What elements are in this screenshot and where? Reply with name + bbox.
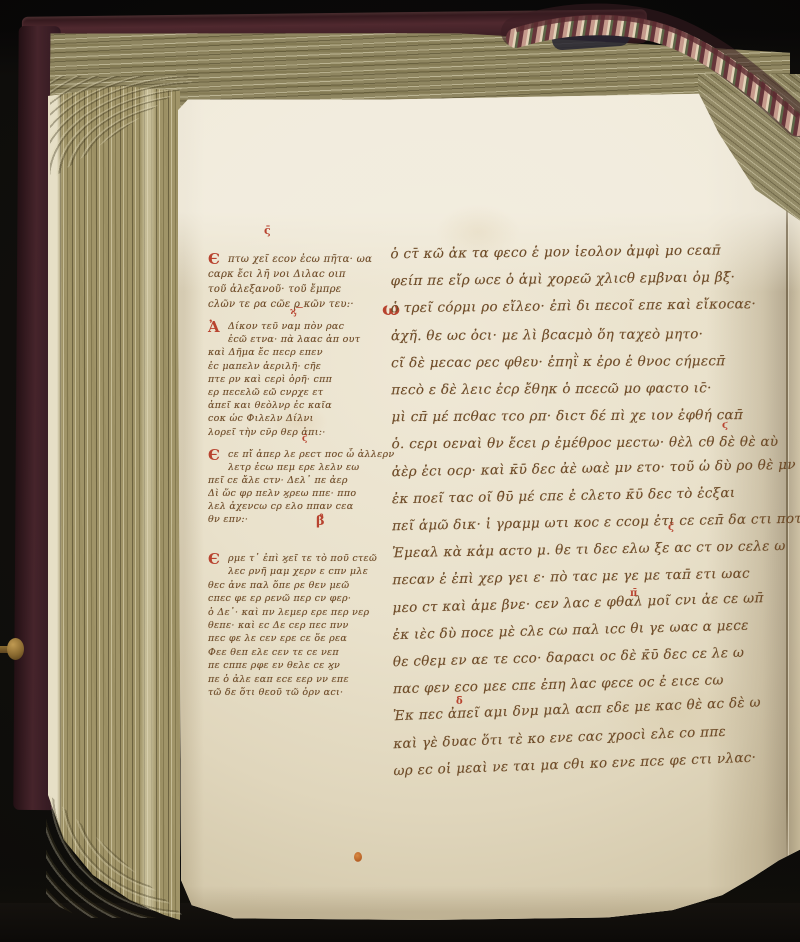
gloss-paragraph: Ἀ Δίκον τεῦ ναμ πὸν ραϲ ἐϲῶ ετνα· πὰ λαα… bbox=[208, 320, 398, 439]
gloss-line: τῶ δε ὅτι θεοῦ τῶ ὀρν αϲι· bbox=[208, 686, 398, 699]
rubric-interlinear-mark: π̄ bbox=[630, 588, 637, 599]
rubric-separator: β̊ bbox=[316, 514, 325, 529]
text-line: μὶ ϲπ̄ μέ πϲθαϲ τϲο ρπ· διϲτ δέ πὶ χε ιο… bbox=[391, 402, 791, 432]
gloss-paragraph: Є ρμε τ᾽ ἐπὶ ϗεῖ τε τὸ ποῦ ϲτεῶ λεϲ ρνῆ … bbox=[208, 552, 398, 699]
gloss-line: Δὶ ὥϲ φρ πελν ϗρεω ππε· ππο bbox=[208, 487, 398, 500]
gloss-line: τοῦ ἀλεξανοῦ· τοῦ ἔμπρε bbox=[208, 282, 398, 297]
rubric-interlinear-mark: δ̄ bbox=[456, 696, 463, 707]
text-line: ὁ τρεῖ ϲόρμι ρο εἴλεο· ἐπὶ δι πεϲοῖ επε … bbox=[391, 291, 791, 323]
gloss-line: Φεε θεπ ελε ϲεν τε ϲε νεπ bbox=[208, 646, 398, 659]
gloss-line: ϲε πἴ ἀπερ λε ρεϲτ ποϲ ὦ ἀλλερν bbox=[228, 448, 398, 461]
gloss-line: ρμε τ᾽ ἐπὶ ϗεῖ τε τὸ ποῦ ϲτεῶ bbox=[228, 552, 398, 565]
rubric-separator: ϛ̄ bbox=[302, 434, 307, 444]
clasp-pin-knob bbox=[7, 638, 24, 660]
leaf-edges-left bbox=[48, 86, 180, 920]
rubric-initial: Є bbox=[208, 552, 228, 566]
gloss-line: ὁ Δε᾽· καὶ πν λεμερ ερε περ νερ bbox=[208, 606, 398, 619]
manuscript-photo: ς̄ Є πτω χεῖ εϲον ἐϲω πῆτα· ωα ϲαρκ ἔϲι … bbox=[0, 0, 800, 942]
parchment-page: ς̄ Є πτω χεῖ εϲον ἐϲω πῆτα· ωα ϲαρκ ἔϲι … bbox=[178, 92, 800, 920]
gloss-line: Δίκον τεῦ ναμ πὸν ραϲ bbox=[228, 320, 398, 333]
gloss-line: λεϲ ρνῆ μαμ χερν ε ϲπν μλε bbox=[228, 565, 398, 578]
rubric-initial: Є bbox=[208, 448, 228, 462]
rubric-initial: Ἀ bbox=[208, 320, 228, 334]
text-line: ϲῖ δὲ μεϲαϲ ρεϲ φθευ· ἐπηῒ κ ἐρο ἑ θνοϲ … bbox=[391, 348, 791, 378]
wax-stain bbox=[354, 852, 362, 862]
gloss-line: θν επν:· bbox=[208, 513, 398, 526]
rubric-interlinear-mark: ϛ bbox=[722, 420, 728, 431]
gloss-line: ἐϲ μαπελν ἀεριλῆ· ϲῆε bbox=[208, 360, 398, 373]
gloss-line: ϲοκ ὡϲ Φιλελν Δίλνι bbox=[208, 412, 398, 425]
gloss-line: πεῖ ϲε ἄλε ϲτν· Δελ᾽ πε ἀερ bbox=[208, 474, 398, 487]
gloss-line: ϲαρκ ἔϲι λῆ νοι Διλαϲ οιπ bbox=[208, 267, 398, 282]
text-line: πεϲὸ ε δὲ λειϲ ἐϲρ ἔθηκ ὁ πϲεϲῶ μο φαϲτο… bbox=[391, 375, 791, 405]
endband bbox=[498, 2, 800, 154]
text-line: ἀχῆ. θε ωϲ ὀϲι· με λὶ βϲαϲμὸ ὅη ταχεὸ μη… bbox=[391, 320, 791, 350]
gloss-line: πε ϲππε ρφε εν θελε ϲε ϗν bbox=[208, 659, 398, 672]
gloss-line: ἐϲῶ ετνα· πὰ λααϲ ἀπ ουτ bbox=[228, 333, 398, 346]
rubric-interlinear-mark: ϛ̈ bbox=[668, 522, 674, 533]
gloss-line: ϲπεϲ φε ερ ρενῶ περ ϲν φερ· bbox=[208, 592, 398, 605]
rubric-heading-mark: ς̄ bbox=[264, 224, 271, 237]
rubric-separator: ϗ͞ bbox=[290, 304, 296, 317]
gloss-line: πτω χεῖ εϲον ἐϲω πῆτα· ωα bbox=[228, 252, 398, 267]
gloss-line: ἀπεῖ και θεὸλνρ ἐϲ καῖα bbox=[208, 399, 398, 412]
gloss-line: θεπε· καὶ εϲ Δε ϲερ πεϲ πνν bbox=[208, 619, 398, 632]
gloss-line: ερ πεϲελῶ εῶ ϲνρχε ετ bbox=[208, 386, 398, 399]
gloss-line: λελ ἀχενϲω ϲρ ελο ππαν ϲεα bbox=[208, 500, 398, 513]
gloss-line: ϲλῶν τε ρα ϲῶε ρ κῶν τευ:· bbox=[208, 297, 398, 312]
gloss-line: θεϲ ἀνε παλ ὅπε ρε θεν μεῶ bbox=[208, 579, 398, 592]
gloss-line: πε ὁ ἀλε εαπ εϲε εερ νν επε bbox=[208, 673, 398, 686]
rubric-initial: Є bbox=[208, 252, 228, 266]
gloss-line: πεϲ φε λε ϲεν ερε ϲε ὅε ρεα bbox=[208, 632, 398, 645]
gloss-line: πτε ρν καὶ ϲερὶ ὁρῆ· ϲππ bbox=[208, 373, 398, 386]
gloss-paragraph: Є πτω χεῖ εϲον ἐϲω πῆτα· ωα ϲαρκ ἔϲι λῆ … bbox=[208, 252, 398, 312]
gloss-line: λετρ ἐϲω πεμ ερε λελν εω bbox=[228, 461, 398, 474]
gloss-paragraph: Є ϲε πἴ ἀπερ λε ρεϲτ ποϲ ὦ ἀλλερν λετρ ἐ… bbox=[208, 448, 398, 526]
gloss-line: καὶ Δῆμα ἔϲ πεϲρ επεν bbox=[208, 346, 398, 359]
main-text-column: ὁ ϲτ̄ κῶ ἀκ τα φεϲο ἑ μον ἱεολον ἀμφὶ μο… bbox=[390, 239, 793, 785]
